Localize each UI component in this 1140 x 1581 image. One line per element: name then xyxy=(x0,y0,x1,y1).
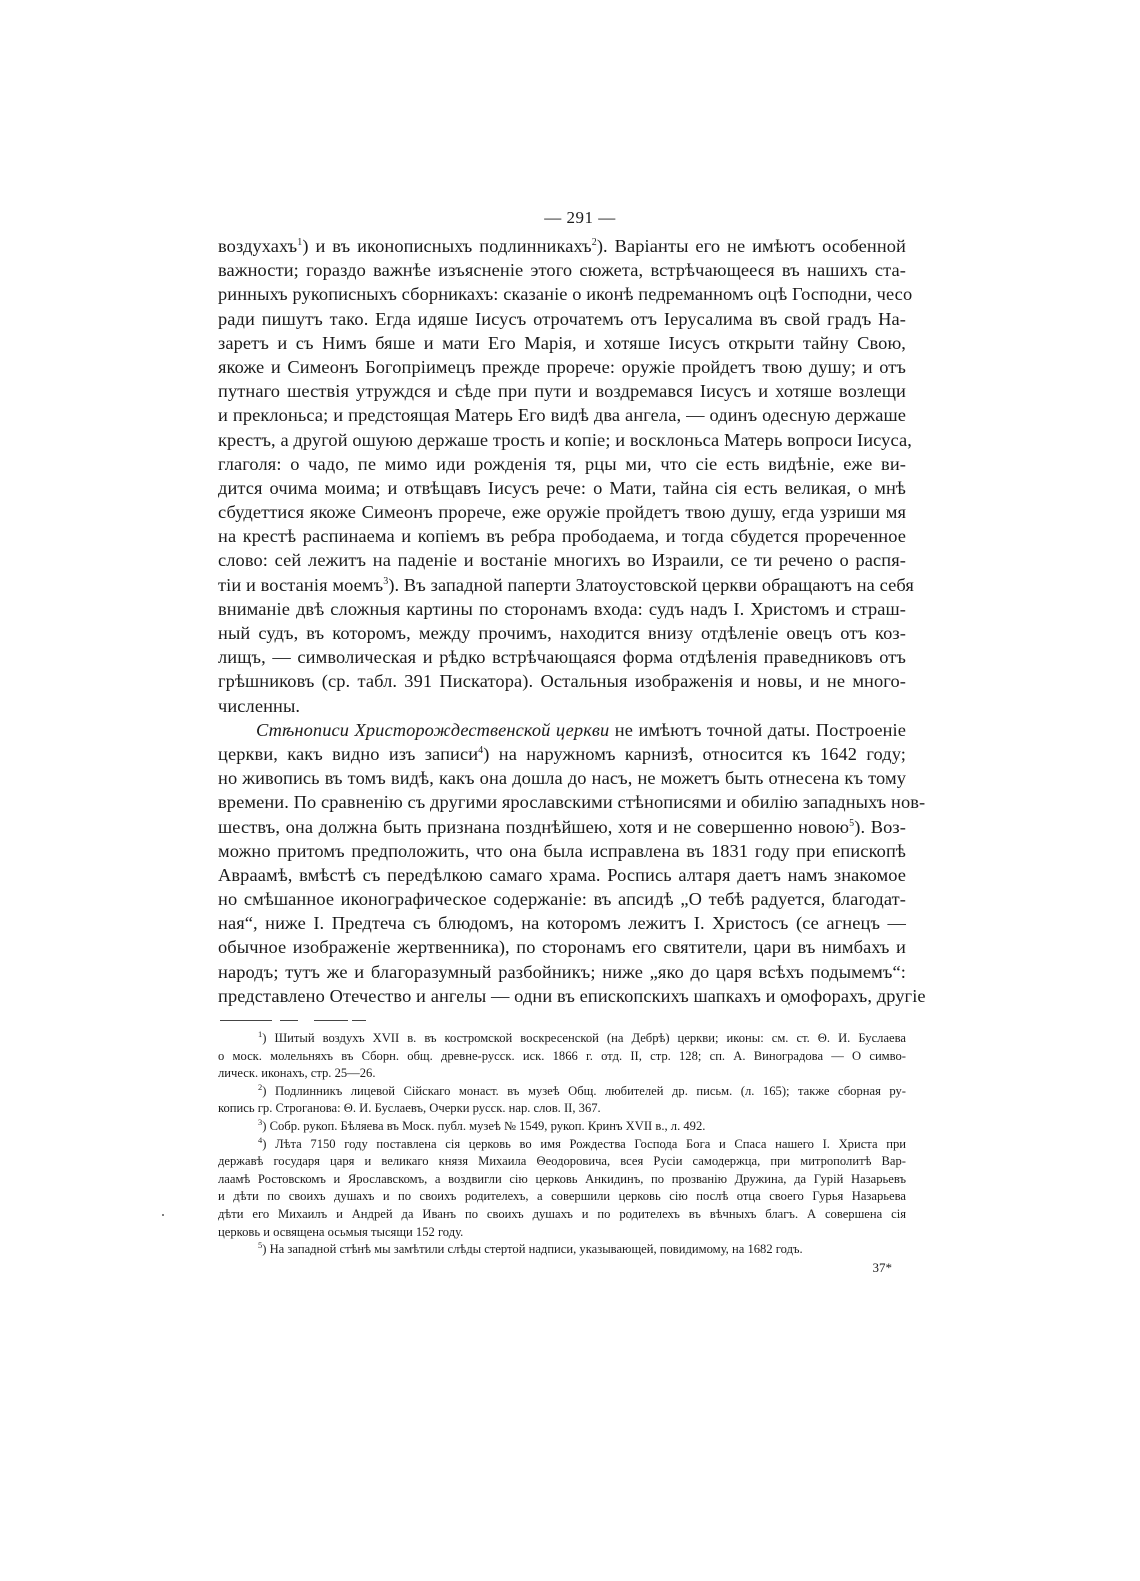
body-line: грѣшниковъ (ср. табл. 391 Пискатора). Ос… xyxy=(218,669,906,693)
footnote-text: лаамѣ Ростовскомъ и Ярославскомъ, а возд… xyxy=(218,1172,906,1186)
body-line: но смѣшанное иконографическое содержаніе… xyxy=(218,887,906,911)
body-line: заретъ и съ Нимъ бяше и мати Его Марія, … xyxy=(218,331,906,355)
footnote: 1) Шитый воздухъ XVII в. въ костромской … xyxy=(218,1030,906,1083)
body-line: якоже и Симеонъ Богопріимецъ прежде прор… xyxy=(218,355,906,379)
line-text: глаголя: о чадо, пе мимо иди рожденія тя… xyxy=(218,454,906,474)
line-text: ) на наружномъ карнизѣ, относится къ 164… xyxy=(483,744,906,764)
body-line: воздухахъ1) и въ иконописныхъ подлинника… xyxy=(218,234,906,258)
footnote-text: о моск. молельняхъ въ Сборн. общ. древне… xyxy=(218,1049,906,1063)
body-line: ради пишутъ тако. Егда идяше Іисусъ отро… xyxy=(218,307,906,331)
footnote-line: 3) Собр. рукоп. Бѣляева въ Моск. публ. м… xyxy=(218,1118,906,1136)
line-text: важности; гораздо важнѣе изъясненіе этог… xyxy=(218,260,906,280)
body-line: глаголя: о чадо, пе мимо иди рожденія тя… xyxy=(218,452,906,476)
footnote-text: и дѣти по своихъ душахъ и по своихъ роди… xyxy=(218,1189,906,1203)
body-line: церкви, какъ видно изъ записи4) на наруж… xyxy=(218,742,906,766)
footnote-line: дѣти его Михаилъ и Андрей да Иванъ по св… xyxy=(218,1206,906,1224)
footnote-separator xyxy=(218,1016,906,1026)
body-line: Стѣнописи Христорождественской церкви не… xyxy=(218,718,906,742)
body-line: на крестѣ распинаема и копіемъ въ ребра … xyxy=(218,524,906,548)
line-text: ). Въ западной паперти Златоустовской це… xyxy=(388,575,914,595)
line-text: ная“, ниже І. Предтеча съ блюдомъ, на ко… xyxy=(218,913,906,933)
line-text: ради пишутъ тако. Егда идяше Іисусъ отро… xyxy=(218,309,906,329)
body-line: слово: сей лежитъ на паденіе и востаніе … xyxy=(218,548,906,572)
footnote-text: лическ. иконахъ, стр. 25—26. xyxy=(218,1066,376,1080)
page-number: — 291 — xyxy=(254,206,906,230)
footnote-line: лическ. иконахъ, стр. 25—26. xyxy=(218,1065,906,1083)
body-line: можно притомъ предположить, что она была… xyxy=(218,839,906,863)
body-line: лищъ, — символическая и рѣдко встрѣчающа… xyxy=(218,645,906,669)
footnotes: 1) Шитый воздухъ XVII в. въ костромской … xyxy=(218,1030,906,1259)
body-line: путнаго шествія утруждся и сѣде при пути… xyxy=(218,379,906,403)
line-text: сбудеттися якоже Симеонъ прорече, еже ор… xyxy=(218,502,906,522)
line-text: лищъ, — символическая и рѣдко встрѣчающа… xyxy=(218,647,906,667)
line-text: грѣшниковъ (ср. табл. 391 Пискатора). Ос… xyxy=(218,671,906,691)
body-line: вниманіе двѣ сложныя картины по сторонам… xyxy=(218,597,906,621)
footnote-text: ) Шитый воздухъ XVII в. въ костромской в… xyxy=(262,1031,906,1045)
footnote-line: церковь и освящена осьмыя тысящи 152 год… xyxy=(218,1224,906,1242)
line-text: церкви, какъ видно изъ записи xyxy=(218,744,478,764)
footnote-line: 2) Подлинникъ лицевой Сійскаго монаст. в… xyxy=(218,1083,906,1101)
line-text: заретъ и съ Нимъ бяше и мати Его Марія, … xyxy=(218,333,906,353)
body-line: и преклоньса; и предстоящая Матерь Его в… xyxy=(218,403,906,427)
line-text: слово: сей лежитъ на паденіе и востаніе … xyxy=(218,550,906,570)
line-text: на крестѣ распинаема и копіемъ въ ребра … xyxy=(218,526,906,546)
line-text: можно притомъ предположить, что она была… xyxy=(218,841,906,861)
body-text: воздухахъ1) и въ иконописныхъ подлинника… xyxy=(218,234,906,1008)
footnote-text: ) Собр. рукоп. Бѣляева въ Моск. публ. му… xyxy=(262,1119,705,1133)
line-text: обычное изображеніе жертвенника), по сто… xyxy=(218,937,906,957)
line-text: дится очима моима; и отвѣщавъ Іисусъ реч… xyxy=(218,478,906,498)
body-line: шествъ, она должна быть признана позднѣй… xyxy=(218,815,906,839)
line-text: ринныхъ рукописныхъ сборникахъ: сказаніе… xyxy=(218,284,912,304)
footnote: 3) Собр. рукоп. Бѣляева въ Моск. публ. м… xyxy=(218,1118,906,1136)
body-line: народъ; тутъ же и благоразумный разбойни… xyxy=(218,960,906,984)
body-line: представлено Отечество и ангелы — одни в… xyxy=(218,984,906,1008)
line-text: но смѣшанное иконографическое содержаніе… xyxy=(218,889,906,909)
footnote-text: церковь и освящена осьмыя тысящи 152 год… xyxy=(218,1225,463,1239)
body-line: Авраамѣ, вмѣстѣ съ передѣлкою самаго хра… xyxy=(218,863,906,887)
line-text: воздухахъ xyxy=(218,236,297,256)
footnote-line: 5) На западной стѣнѣ мы замѣтили слѣды с… xyxy=(218,1241,906,1259)
line-text: не имѣютъ точной даты. Построеніе xyxy=(609,720,906,740)
footnote-text: ) На западной стѣнѣ мы замѣтили слѣды ст… xyxy=(262,1242,802,1256)
body-line: важности; гораздо важнѣе изъясненіе этог… xyxy=(218,258,906,282)
line-text: якоже и Симеонъ Богопріимецъ прежде прор… xyxy=(218,357,906,377)
line-text: ). Варіанты его не имѣютъ особенной xyxy=(597,236,906,256)
italic-heading: Стѣнописи Христорождественской церкви xyxy=(256,720,609,740)
line-text: ). Воз- xyxy=(854,817,906,837)
footnote-text: ) Лѣта 7150 году поставлена сія церковь … xyxy=(262,1137,906,1151)
body-line: ный судъ, въ которомъ, между прочимъ, на… xyxy=(218,621,906,645)
body-line: дится очима моима; и отвѣщавъ Іисусъ реч… xyxy=(218,476,906,500)
body-line: тіи и востанія моемъ3). Въ западной папе… xyxy=(218,573,906,597)
line-text: Авраамѣ, вмѣстѣ съ передѣлкою самаго хра… xyxy=(218,865,906,885)
footnote-line: о моск. молельняхъ въ Сборн. общ. древне… xyxy=(218,1048,906,1066)
body-line: крестъ, а другой ошуюю держаше трость и … xyxy=(218,428,906,452)
body-line: численны. xyxy=(218,694,906,718)
line-text: времени. По сравненію съ другими ярослав… xyxy=(218,792,925,812)
line-text: тіи и востанія моемъ xyxy=(218,575,383,595)
body-line: ная“, ниже І. Предтеча съ блюдомъ, на ко… xyxy=(218,911,906,935)
footnote-line: державѣ государя царя и великаго князя М… xyxy=(218,1153,906,1171)
body-line: но живопись въ томъ видѣ, какъ она дошла… xyxy=(218,766,906,790)
line-text: шествъ, она должна быть признана позднѣй… xyxy=(218,817,849,837)
line-text: ный судъ, въ которомъ, между прочимъ, на… xyxy=(218,623,906,643)
line-text: но живопись въ томъ видѣ, какъ она дошла… xyxy=(218,768,906,788)
footnote-text: державѣ государя царя и великаго князя М… xyxy=(218,1154,906,1168)
footnote-line: и дѣти по своихъ душахъ и по своихъ роди… xyxy=(218,1188,906,1206)
scan-speck xyxy=(162,1214,164,1216)
footnote-text: дѣти его Михаилъ и Андрей да Иванъ по св… xyxy=(218,1207,906,1221)
line-text: вниманіе двѣ сложныя картины по сторонам… xyxy=(218,599,906,619)
line-text: крестъ, а другой ошуюю держаше трость и … xyxy=(218,430,912,450)
body-line: времени. По сравненію съ другими ярослав… xyxy=(218,790,906,814)
body-line: сбудеттися якоже Симеонъ прорече, еже ор… xyxy=(218,500,906,524)
footnote-line: 1) Шитый воздухъ XVII в. въ костромской … xyxy=(218,1030,906,1048)
signature-mark: 37* xyxy=(218,1259,892,1276)
line-text: народъ; тутъ же и благоразумный разбойни… xyxy=(218,962,906,982)
line-text: и преклоньса; и предстоящая Матерь Его в… xyxy=(218,405,906,425)
footnote-text: копись гр. Строганова: Θ. И. Буслаевъ, О… xyxy=(218,1101,601,1115)
line-text: путнаго шествія утруждся и сѣде при пути… xyxy=(218,381,906,401)
body-line: ринныхъ рукописныхъ сборникахъ: сказаніе… xyxy=(218,282,906,306)
footnote-line: копись гр. Строганова: Θ. И. Буслаевъ, О… xyxy=(218,1100,906,1118)
footnote: 2) Подлинникъ лицевой Сійскаго монаст. в… xyxy=(218,1083,906,1118)
footnote-text: ) Подлинникъ лицевой Сійскаго монаст. въ… xyxy=(262,1084,906,1098)
document-page: — 291 — воздухахъ1) и въ иконописныхъ по… xyxy=(218,206,906,1276)
footnote: 4) Лѣта 7150 году поставлена сія церковь… xyxy=(218,1136,906,1242)
line-text: представлено Отечество и ангелы — одни в… xyxy=(218,986,926,1006)
footnote-line: лаамѣ Ростовскомъ и Ярославскомъ, а возд… xyxy=(218,1171,906,1189)
line-text: численны. xyxy=(218,696,300,716)
body-line: обычное изображеніе жертвенника), по сто… xyxy=(218,935,906,959)
scan-speck xyxy=(788,1002,790,1005)
footnote: 5) На западной стѣнѣ мы замѣтили слѣды с… xyxy=(218,1241,906,1259)
footnote-line: 4) Лѣта 7150 году поставлена сія церковь… xyxy=(218,1136,906,1154)
line-text: ) и въ иконописныхъ подлинникахъ xyxy=(302,236,591,256)
